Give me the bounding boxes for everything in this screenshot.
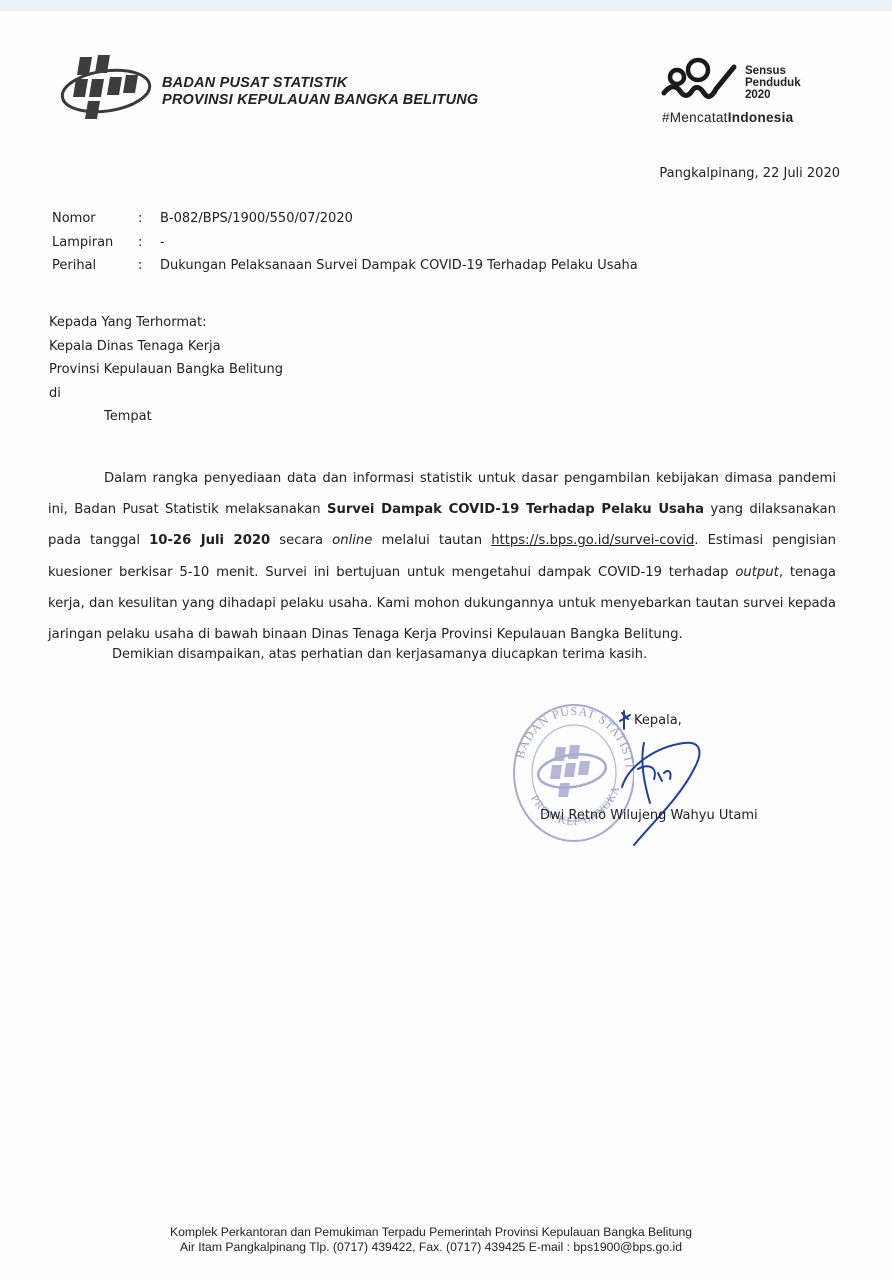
- closing-sentence: Demikian disampaikan, atas perhatian dan…: [112, 647, 647, 662]
- meta-label: Nomor: [52, 211, 138, 226]
- meta-colon: :: [138, 235, 160, 250]
- hashtag-bold: Indonesia: [728, 110, 794, 125]
- org-name-line2: PROVINSI KEPULAUAN BANGKA BELITUNG: [162, 92, 478, 109]
- census-line3: 2020: [745, 89, 801, 101]
- survey-dates: 10-26 Juli 2020: [149, 533, 270, 548]
- footer-contact: Air Itam Pangkalpinang Tlp. (0717) 43942…: [0, 1240, 862, 1255]
- meta-value: Dukungan Pelaksanaan Survei Dampak COVID…: [160, 258, 638, 273]
- meta-row-lampiran: Lampiran : -: [52, 230, 638, 254]
- meta-label: Perihal: [52, 258, 138, 273]
- meta-row-perihal: Perihal : Dukungan Pelaksanaan Survei Da…: [52, 253, 638, 277]
- place-date: Pangkalpinang, 22 Juli 2020: [659, 166, 840, 181]
- recipient-line2: Provinsi Kepulauan Bangka Belitung: [49, 358, 283, 382]
- census-hashtag: #MencatatIndonesia: [662, 110, 793, 125]
- hashtag-prefix: #Mencatat: [662, 110, 728, 125]
- letter-footer: Komplek Perkantoran dan Pemukiman Terpad…: [0, 1225, 862, 1255]
- letter-page: BADAN PUSAT STATISTIK PROVINSI KEPULAUAN…: [0, 11, 892, 1280]
- handwritten-signature-icon: [614, 707, 714, 847]
- meta-colon: :: [138, 258, 160, 273]
- body-text: secara: [270, 533, 332, 548]
- census-line1: Sensus: [745, 65, 801, 77]
- organization-name: BADAN PUSAT STATISTIK PROVINSI KEPULAUAN…: [162, 75, 478, 109]
- survey-name: Survei Dampak COVID-19 Terhadap Pelaku U…: [327, 502, 704, 517]
- meta-colon: :: [138, 211, 160, 226]
- viewer-top-bar: [0, 0, 892, 11]
- bps-logo-icon: [58, 51, 154, 123]
- meta-label: Lampiran: [52, 235, 138, 250]
- recipient-line1: Kepala Dinas Tenaga Kerja: [49, 335, 283, 359]
- body-italic: online: [332, 533, 372, 548]
- recipient-line3: di: [49, 382, 283, 406]
- meta-value: B-082/BPS/1900/550/07/2020: [160, 211, 353, 226]
- recipient-line4: Tempat: [49, 405, 283, 429]
- org-name-line1: BADAN PUSAT STATISTIK: [162, 75, 478, 92]
- sensus-penduduk-logo-icon: [660, 57, 740, 101]
- census-logo-text: Sensus Penduduk 2020: [745, 65, 801, 101]
- body-paragraph: Dalam rangka penyediaan data dan informa…: [48, 463, 836, 650]
- census-line2: Penduduk: [745, 77, 801, 89]
- survey-link[interactable]: https://s.bps.go.id/survei-covid: [491, 533, 694, 548]
- meta-value: -: [160, 235, 165, 250]
- recipient-block: Kepada Yang Terhormat: Kepala Dinas Tena…: [49, 311, 283, 429]
- recipient-salutation: Kepada Yang Terhormat:: [49, 311, 283, 335]
- body-text: melalui tautan: [372, 533, 491, 548]
- body-italic: output: [735, 565, 779, 580]
- meta-row-nomor: Nomor : B-082/BPS/1900/550/07/2020: [52, 206, 638, 230]
- letter-meta: Nomor : B-082/BPS/1900/550/07/2020 Lampi…: [52, 206, 638, 277]
- signatory-name: Dwi Retno Wilujeng Wahyu Utami: [540, 808, 758, 823]
- footer-address: Komplek Perkantoran dan Pemukiman Terpad…: [0, 1225, 862, 1240]
